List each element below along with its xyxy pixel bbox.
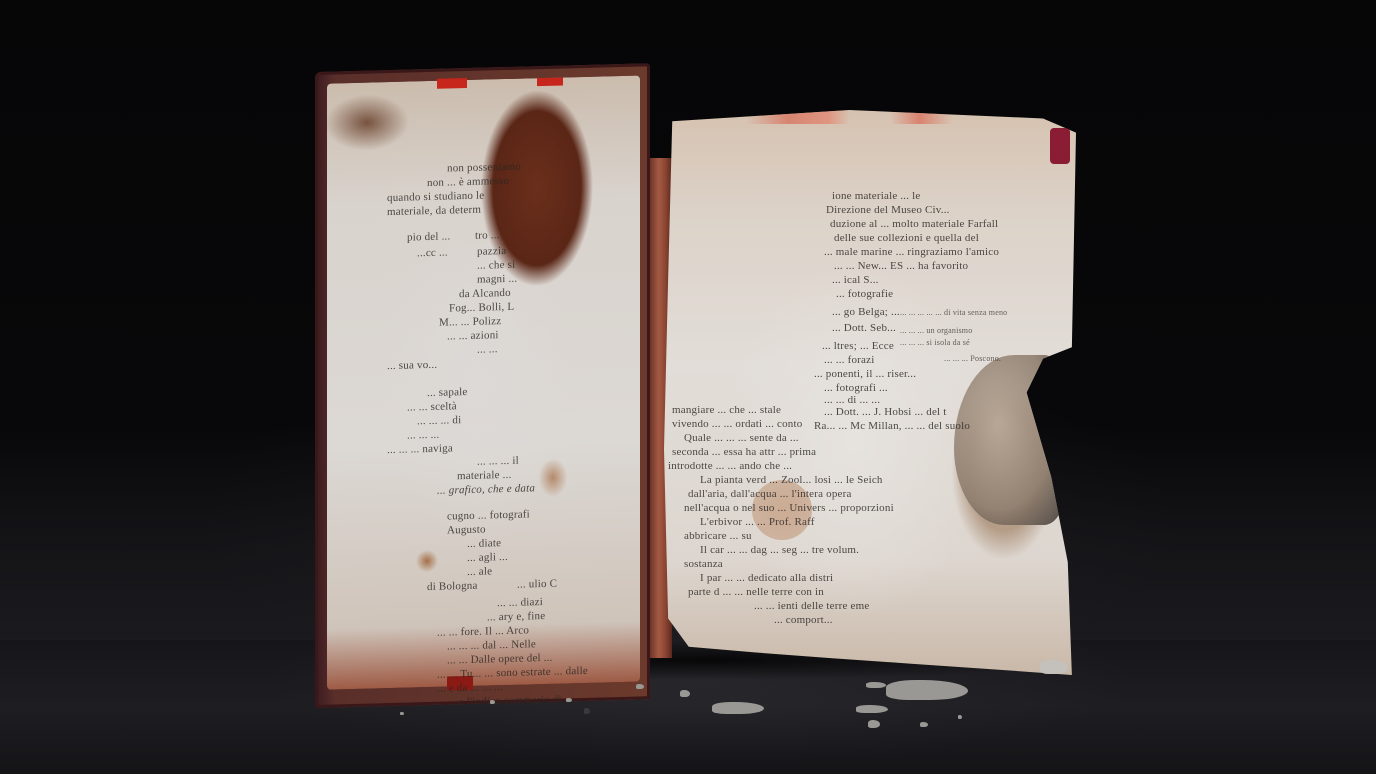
text-fragment: ...cc ... [417, 247, 448, 261]
text-fragment: ... ... sceltà [407, 400, 457, 414]
text-fragment: quando si studiano le [387, 190, 484, 206]
text-fragment: ... ... diazi [497, 596, 543, 610]
text-fragment: seconda ... essa ha attr ... prima [672, 446, 816, 459]
text-fragment: ... ... fore. Il ... Arco [437, 624, 529, 639]
red-chip [437, 78, 467, 89]
text-fragment: da Alcando [459, 287, 511, 301]
text-fragment: I par ... ... dedicato alla distri [700, 572, 833, 585]
text-fragment: ... Dott. ... J. Hobsi ... del t [824, 406, 947, 419]
text-fragment: ... e da ... ... ... [437, 681, 503, 696]
text-fragment: M... ... Polizz [439, 315, 501, 330]
debris-fragment [636, 684, 644, 689]
text-fragment: ... ... ... [407, 429, 439, 443]
text-fragment: ... ... New... ES ... ha favorito [834, 260, 968, 273]
text-fragment: ... Dott. Seb... [832, 322, 896, 335]
text-fragment: ... ponenti, il ... riser... [814, 368, 916, 381]
debris-fragment [886, 680, 968, 700]
text-fragment: ... ... ... si isola da sé [900, 338, 970, 348]
debris-fragment [490, 700, 495, 704]
text-fragment: ... ... ... un organismo [900, 326, 972, 336]
text-fragment: ... diate [467, 537, 501, 551]
text-fragment: Augusto [447, 524, 486, 538]
text-fragment: ... male marine ... ringraziamo l'amico [824, 246, 999, 259]
text-fragment: ... ale [467, 565, 492, 579]
text-fragment: ... ... ... ... ... di vita senza meno [900, 308, 1007, 318]
text-fragment: ione materiale ... le [832, 190, 921, 203]
text-fragment: ... che si [477, 259, 515, 273]
text-fragment: ... comport... [774, 614, 833, 627]
debris-fragment [958, 715, 962, 719]
text-fragment: ... ltres; ... Ecce [822, 340, 894, 353]
text-fragment: di Bologna [427, 580, 478, 594]
text-fragment: ... go Belga; ... [832, 306, 900, 319]
text-fragment: sostanza [684, 558, 723, 571]
text-fragment: ... ... ienti delle terre eme [754, 600, 869, 613]
text-fragment: parte d ... ... nelle terre con in [688, 586, 824, 599]
text-fragment: materiale, da determ [387, 204, 481, 219]
text-fragment: L'erbivor ... ... Prof. Raff [700, 516, 815, 529]
right-page: ione materiale ... le Direzione del Muse… [664, 110, 1076, 675]
book-left-cover: non posseniamo non ... è ammesso quando … [315, 63, 650, 708]
debris-fragment [712, 702, 764, 714]
text-fragment: nell'acqua o nel suo ... Univers ... pro… [684, 502, 894, 515]
text-fragment: ... ... ... naviga [387, 442, 453, 457]
text-fragment: ... ... ... di [417, 414, 461, 428]
debris-fragment [1040, 660, 1068, 674]
debris-fragment [680, 690, 690, 697]
book-photo-scene: non posseniamo non ... è ammesso quando … [0, 0, 1376, 774]
left-page: non posseniamo non ... è ammesso quando … [327, 75, 640, 689]
text-fragment: dall'aria, dall'acqua ... l'intera opera [688, 488, 852, 501]
text-fragment: delle sue collezioni e quella del [834, 232, 979, 245]
text-fragment: vivendo ... ... ordati ... conto [672, 418, 802, 431]
text-fragment: ... ... ... dal ... Nelle [447, 638, 536, 653]
text-fragment: mangiare ... che ... stale [672, 404, 781, 417]
corner-stain [1050, 128, 1070, 164]
text-fragment: Fog... Bolli, L [449, 301, 514, 316]
text-fragment: ... ... [477, 343, 498, 357]
text-fragment: ... ... azioni [447, 329, 499, 343]
text-fragment: La pianta verd ... Zool... losi ... le S… [700, 474, 883, 487]
text-fragment: materiale ... [457, 469, 512, 483]
text-fragment: Direzione del Museo Civ... [826, 204, 950, 217]
text-fragment: Ra... ... Mc Millan, ... ... del suolo [814, 420, 970, 433]
debris-fragment [866, 682, 886, 688]
text-fragment: non posseniamo [447, 161, 521, 176]
text-fragment: Il car ... ... dag ... seg ... tre volum… [700, 544, 859, 557]
text-fragment: tro ... [475, 229, 500, 243]
text-fragment: ... ... forazi [824, 354, 874, 367]
text-fragment: ... ... ... Poscono. [944, 354, 1001, 364]
text-fragment: ... sua vo... [387, 359, 437, 373]
text-fragment: ... fotografie [836, 288, 893, 301]
debris-fragment [920, 722, 928, 727]
text-fragment: ... ... Tu... ... sono estrate ... dalle [437, 665, 588, 682]
text-fragment: pazzia [477, 245, 506, 259]
text-fragment: introdotte ... ... ando che ... [668, 460, 792, 473]
text-fragment: magni ... [477, 273, 517, 287]
text-fragment: duzione al ... molto materiale Farfall [830, 218, 998, 231]
text-fragment: ... ulio C [517, 578, 557, 592]
debris-fragment [584, 708, 590, 714]
debris-fragment [566, 698, 572, 702]
text-fragment: abbricare ... su [684, 530, 752, 543]
red-chip [537, 78, 563, 87]
text-fragment: ... ... ... il [477, 455, 519, 469]
text-fragment: ... agli ... [467, 551, 508, 565]
text-fragment: ... sapale [427, 386, 467, 400]
text-fragment: cugno ... fotografi [447, 508, 530, 523]
text-fragment: Quale ... ... ... sente da ... [684, 432, 799, 445]
text-fragment: non ... è ammesso [427, 175, 509, 190]
debris-fragment [868, 720, 880, 728]
text-fragment: pio del ... [407, 230, 450, 244]
text-fragment: ... ary e, fine [487, 610, 545, 625]
text-fragment: ... ical S... [832, 274, 879, 287]
debris-fragment [856, 705, 888, 713]
debris-fragment [400, 712, 404, 715]
text-fragment: ... grafico, che e data [437, 482, 535, 498]
